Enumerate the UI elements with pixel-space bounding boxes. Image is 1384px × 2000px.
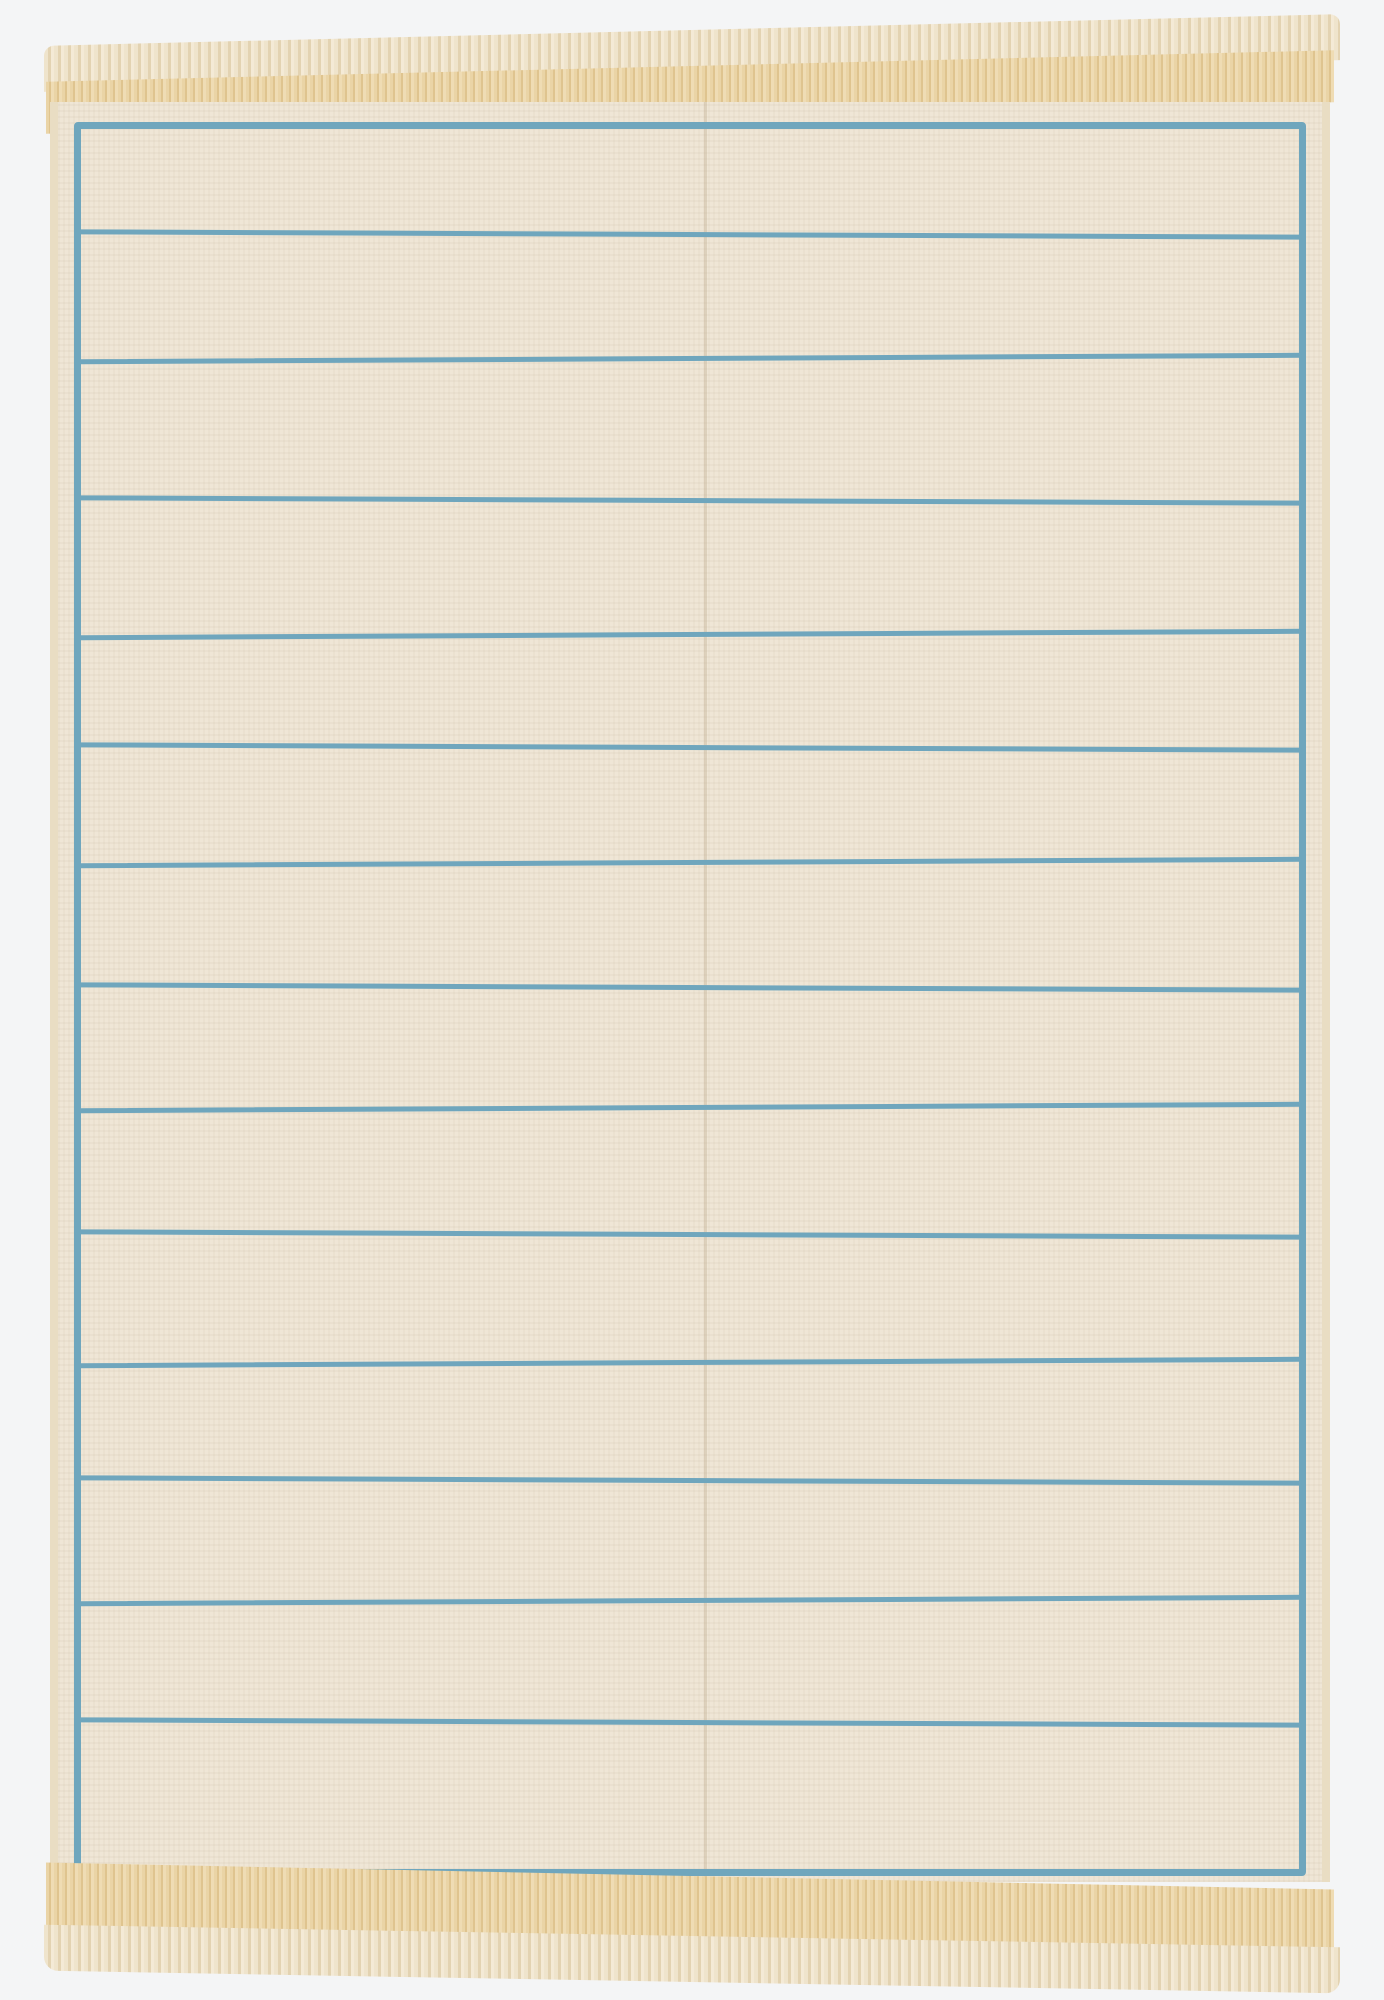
rug: [40, 22, 1340, 1982]
rug-field: [50, 102, 1330, 1882]
blue-border: [74, 122, 1306, 1876]
